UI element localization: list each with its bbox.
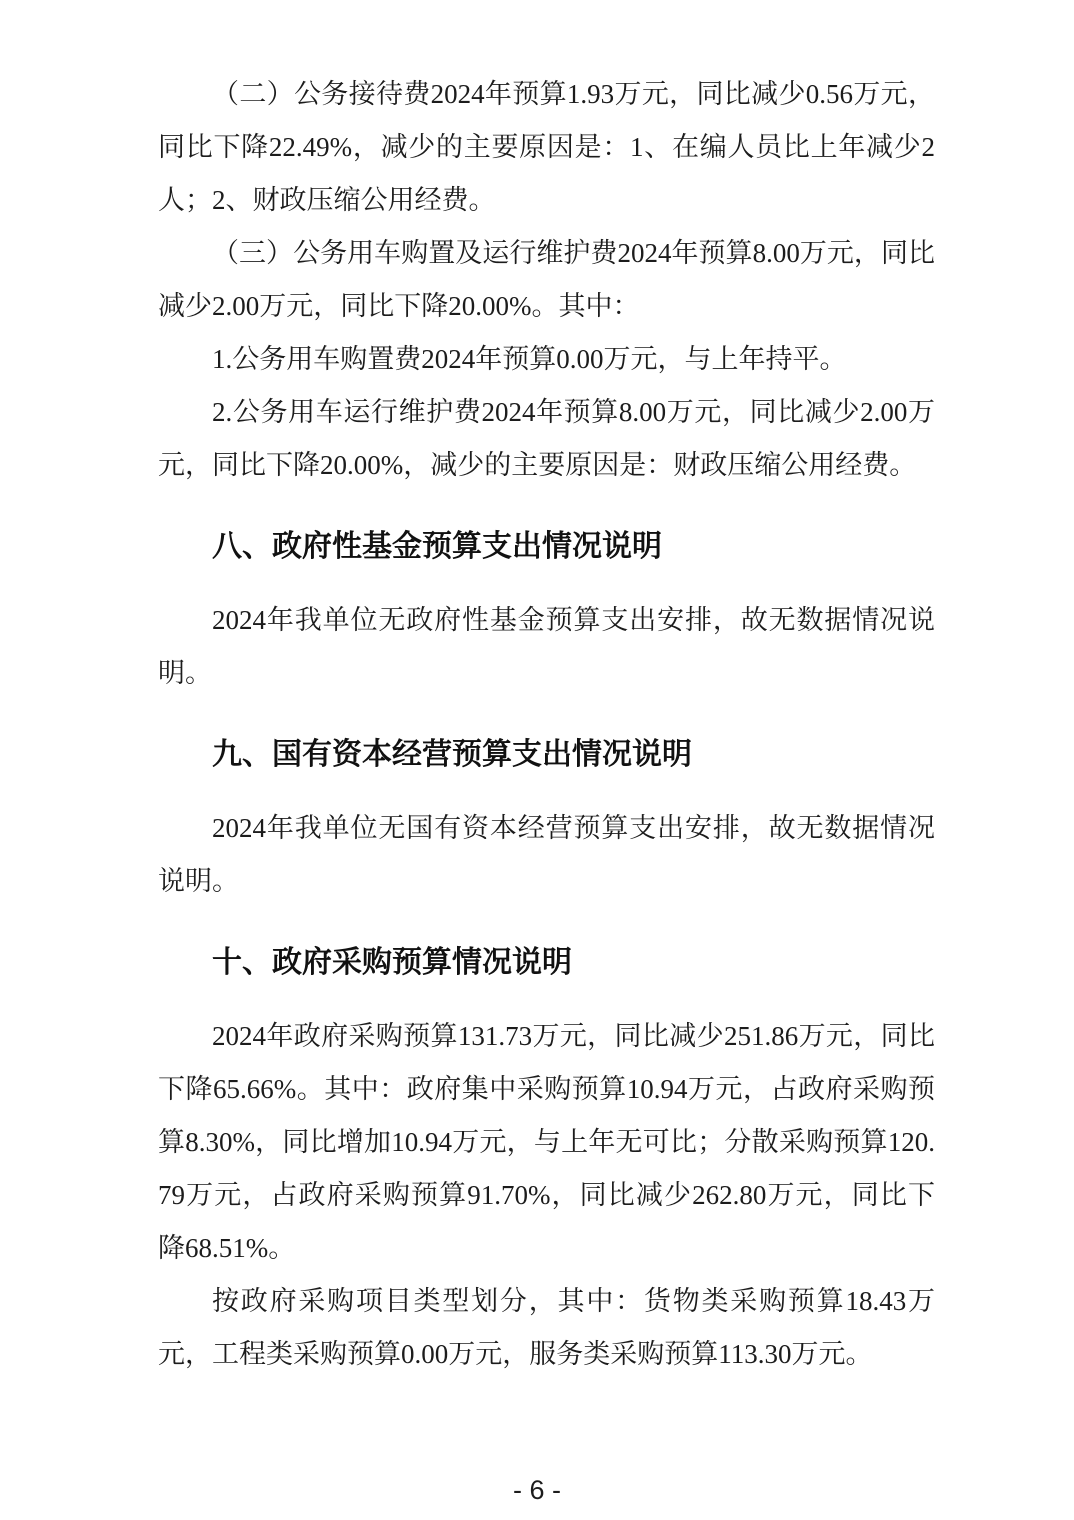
paragraph-government-fund-budget-note: 2024年我单位无政府性基金预算支出安排，故无数据情况说明。 (158, 594, 935, 700)
heading-section-9-state-capital-budget: 九、国有资本经营预算支出情况说明 (158, 726, 935, 784)
heading-section-8-government-fund-budget: 八、政府性基金预算支出情况说明 (158, 518, 935, 576)
paragraph-official-reception-expense: （二）公务接待费2024年预算1.93万元，同比减少0.56万元，同比下降22.… (158, 68, 935, 227)
heading-section-10-government-procurement-budget: 十、政府采购预算情况说明 (158, 934, 935, 992)
paragraph-procurement-by-project-type: 按政府采购项目类型划分，其中：货物类采购预算18.43万元，工程类采购预算0.0… (158, 1275, 935, 1381)
paragraph-procurement-budget-summary: 2024年政府采购预算131.73万元，同比减少251.86万元，同比下降65.… (158, 1010, 935, 1275)
document-page: （二）公务接待费2024年预算1.93万元，同比减少0.56万元，同比下降22.… (0, 0, 1074, 1520)
paragraph-vehicle-operation-expense: 2.公务用车运行维护费2024年预算8.00万元，同比减少2.00万元，同比下降… (158, 386, 935, 492)
paragraph-official-vehicle-expense: （三）公务用车购置及运行维护费2024年预算8.00万元，同比减少2.00万元，… (158, 227, 935, 333)
paragraph-vehicle-purchase-expense: 1.公务用车购置费2024年预算0.00万元，与上年持平。 (158, 333, 935, 386)
page-number-footer: - 6 - (0, 1468, 1074, 1512)
paragraph-state-capital-budget-note: 2024年我单位无国有资本经营预算支出安排，故无数据情况说明。 (158, 802, 935, 908)
